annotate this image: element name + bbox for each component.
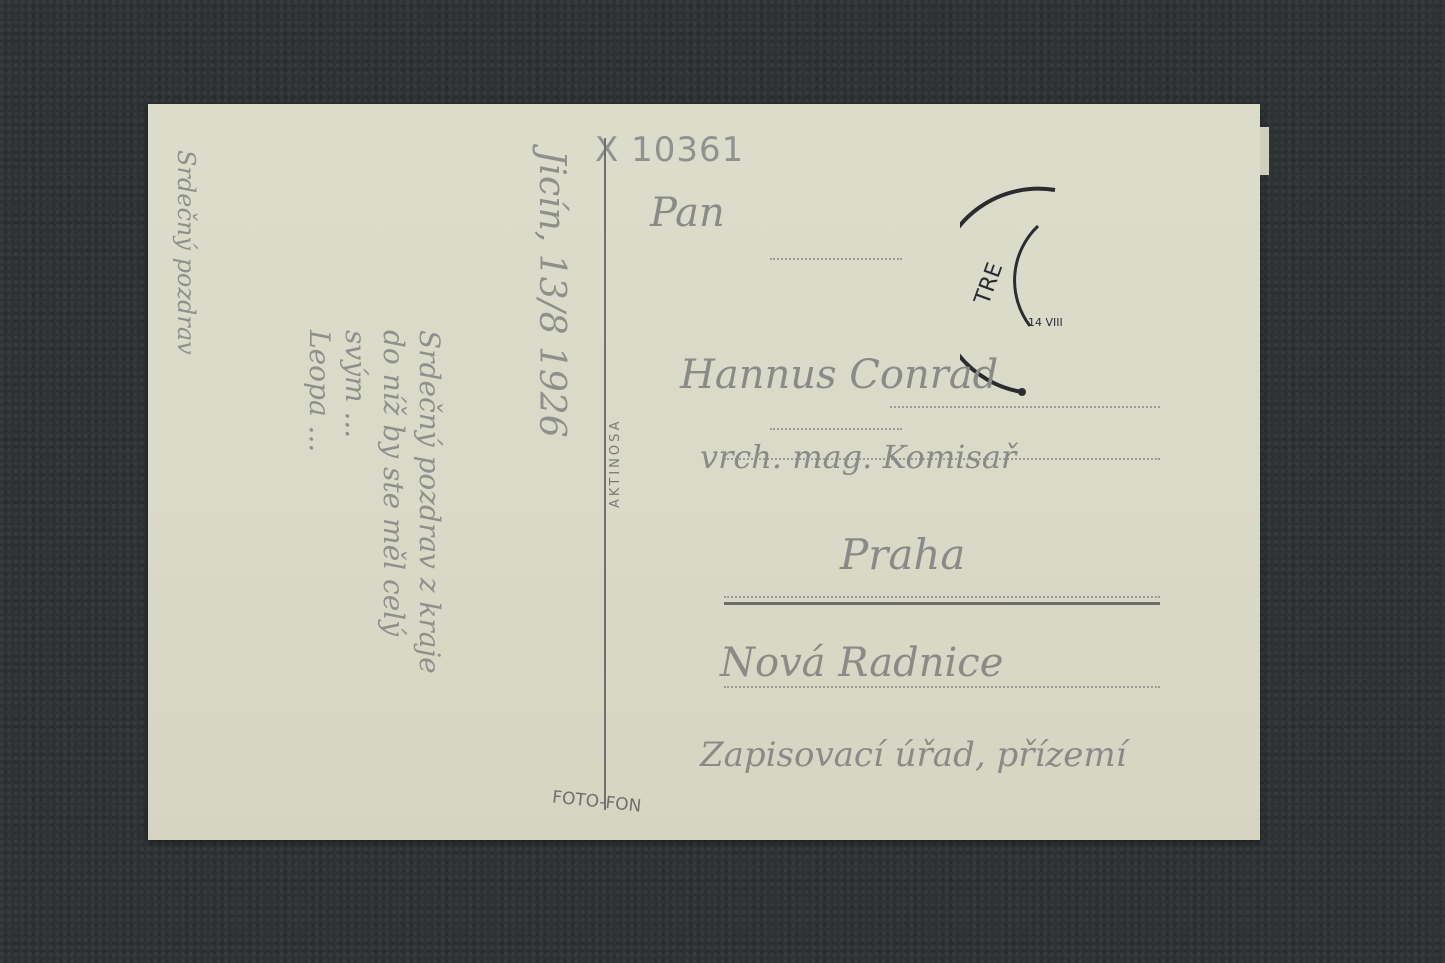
address-line xyxy=(724,596,1160,598)
center-divider xyxy=(604,138,606,810)
address-title: vrch. mag. Komisař xyxy=(700,438,1016,476)
postmark-town: TRE xyxy=(970,259,1008,309)
address-line xyxy=(724,686,1160,688)
address-line xyxy=(770,258,902,260)
address-office: Zapisovací úřad, přízemí xyxy=(700,735,1127,775)
address-building: Nová Radnice xyxy=(720,640,1003,686)
postmark-date: 14 VIII xyxy=(1028,316,1063,329)
address-name: Hannus Conrad xyxy=(680,352,998,398)
message-line: Srdečný pozdrav z kraje xyxy=(413,330,446,674)
publisher-imprint: AKTINOSA xyxy=(608,418,623,508)
address-line xyxy=(890,406,1160,408)
address-underline xyxy=(724,602,1160,605)
address-salutation: Pan xyxy=(650,190,725,236)
card-edge-tab xyxy=(1260,127,1269,175)
address-city: Praha xyxy=(840,530,965,579)
message-line: do níž by ste měl celý xyxy=(377,330,410,636)
message-line: svým ... xyxy=(339,330,372,438)
reference-number: X 10361 xyxy=(595,130,744,170)
message-line: Leopa ... xyxy=(303,330,336,452)
address-line xyxy=(770,428,902,430)
margin-note: Srdečný pozdrav xyxy=(172,150,200,355)
message-place-date: Jicín, 13/8 1926 xyxy=(531,150,572,438)
